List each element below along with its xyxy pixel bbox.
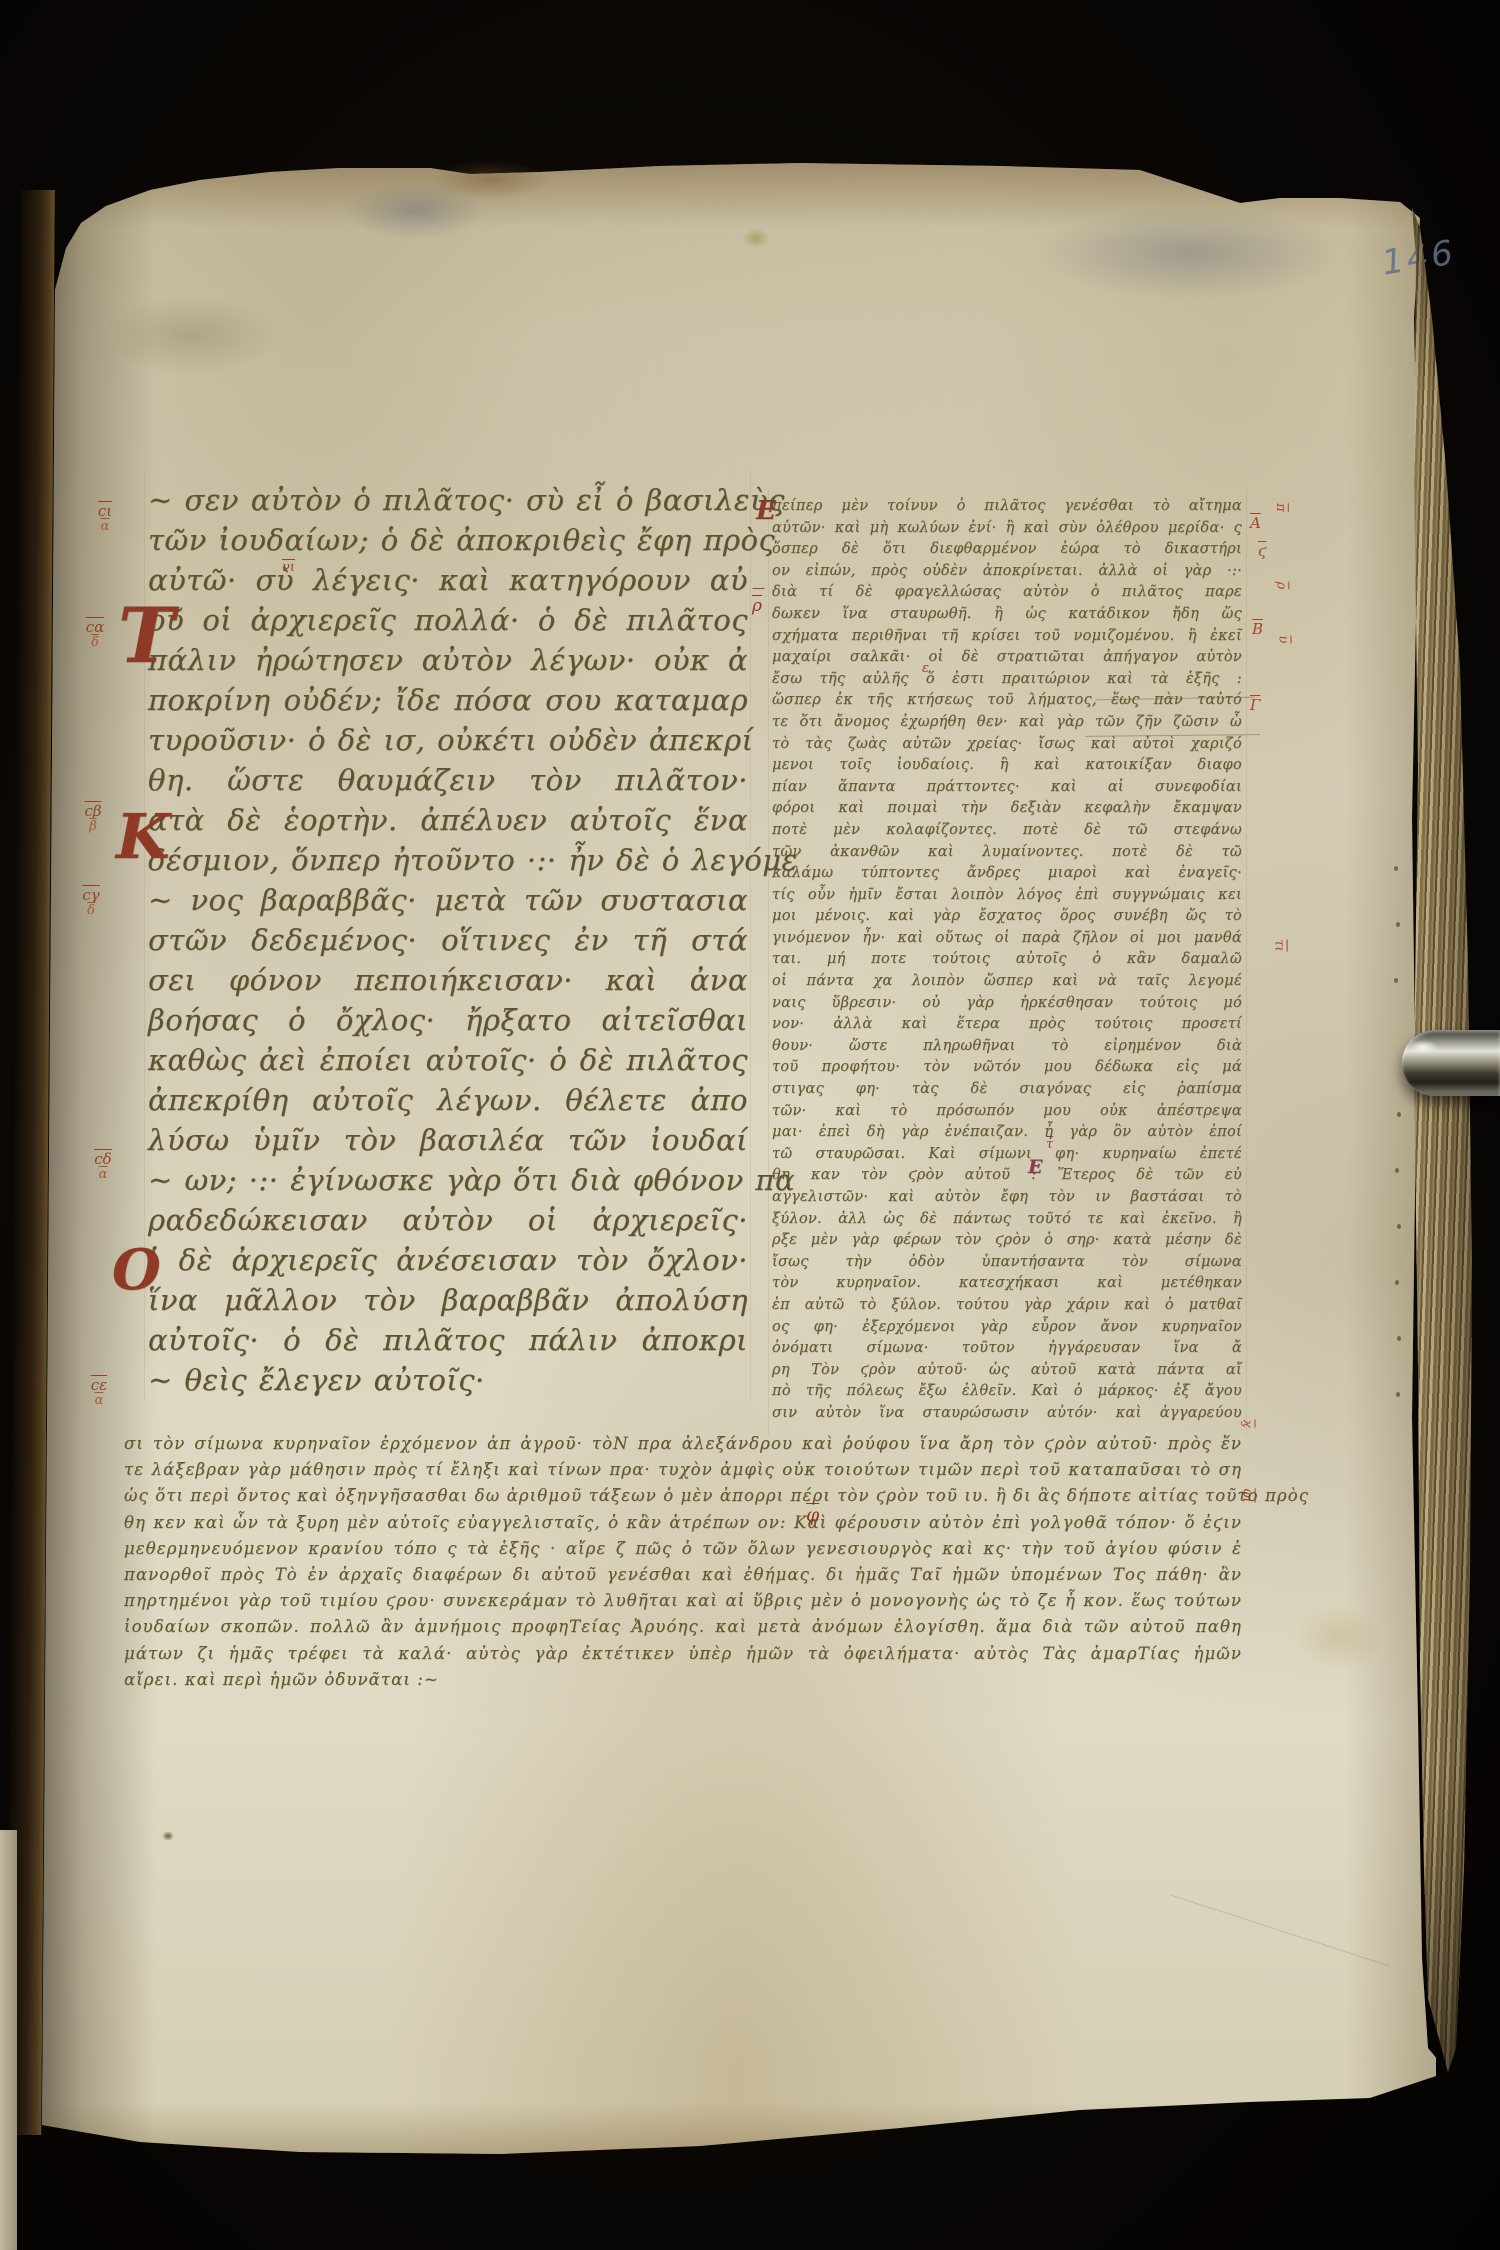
- text-line: δωκεν ἵνα σταυρωθῆ. ἢ ὡς κατάδικον ἤδη ὥ…: [772, 604, 1242, 626]
- text-line: ~ σεν αὐτὸν ὁ πιλᾶτος· σὺ εἶ ὁ βασιλεὺς: [148, 480, 748, 520]
- text-line: ται. μή ποτε τούτοις αὐτοῖς ὁ κἂν δαμαλῶ: [772, 949, 1242, 971]
- text-line: θη. ὥστε θαυμάζειν τὸν πιλᾶτον·: [148, 760, 748, 800]
- ruling-line: [768, 490, 769, 1435]
- text-line: τῶν ἀκανθῶν καὶ λυμαίνοντες. ποτὲ δὲ τῶ: [772, 842, 1242, 864]
- text-line: ἴσως τὴν ὁδὸν ὑπαντήσαντα τὸν σίμωνα: [772, 1252, 1242, 1274]
- text-line: αγγελιστῶν· καὶ αὐτὸν ἔφη τὸν ιν βαστάσα…: [772, 1187, 1242, 1209]
- text-line: ὥσπερ ἐκ τῆς κτήσεως τοῦ λήματος, ἕως πὰ…: [772, 690, 1242, 712]
- section-mark: ϲια: [88, 504, 122, 534]
- rubric-initial-epsilon: Ε: [756, 498, 776, 524]
- text-line: ὀνόματι σίμωνα· τοῦτον ἠγγάρευσαν ἵνα ἄ: [772, 1338, 1242, 1360]
- canon-number: α: [88, 519, 122, 534]
- ruling-line: [1246, 490, 1247, 1435]
- pricking-dot: [1397, 1336, 1401, 1341]
- text-line: ραδεδώκεισαν αὐτὸν οἱ ἀρχιερεῖς·: [148, 1200, 748, 1240]
- margin-mark: τι: [1272, 939, 1287, 951]
- ruling-line: [750, 470, 751, 1400]
- scholion-letter: Β: [1252, 620, 1263, 638]
- pricking-dot: [1396, 922, 1400, 927]
- text-line: ἀπεκρίθη αὐτοῖς λέγων. θέλετε ἀπο: [148, 1080, 748, 1120]
- text-line: ναις ὕβρεσιν· οὐ γὰρ ἠρκέσθησαν τούτοις …: [772, 993, 1242, 1015]
- section-mark: ϲγδ: [74, 888, 108, 918]
- text-line: λύσω ὑμῖν τὸν βασιλέα τῶν ἰουδαί: [148, 1120, 748, 1160]
- text-line: ξύλον. ἀλλ ὡς δὲ πάντως τοῦτό τε καὶ ἐκε…: [772, 1209, 1242, 1231]
- section-number: ϲδ: [86, 1152, 120, 1167]
- text-line: τῶν· καὶ τὸ πρόσωπόν μου οὐκ ἀπέστρεψα: [772, 1101, 1242, 1123]
- margin-mark: ρ: [1273, 582, 1288, 590]
- section-number: ϲε: [82, 1378, 116, 1393]
- pricking-dot: [1397, 1112, 1401, 1117]
- text-line: οἱ πάντα χα λοιπὸν ὥσπερ καὶ νὰ ταῖς λεγ…: [772, 971, 1242, 993]
- text-line: τοῦ προφήτου· τὸν νῶτόν μου δέδωκα εἰς μ…: [772, 1057, 1242, 1079]
- section-number: ϲγ: [74, 888, 108, 903]
- photograph-of-codex: 146 ~ σεν αὐτὸν ὁ πιλᾶτος· σὺ εἶ ὁ βασιλ…: [0, 0, 1500, 2250]
- text-line: μενοι τοῖς ἰουδαίοις. ἢ καὶ κατοικίξαν δ…: [772, 755, 1242, 777]
- text-line: θουν· ὥστε πληρωθῆναι τὸ εἰρημένον διὰ: [772, 1036, 1242, 1058]
- text-line: ~ νος βαραββᾶς· μετὰ τῶν συστασια: [148, 880, 748, 920]
- section-mark: ϲδα: [86, 1152, 120, 1182]
- text-line: ἱ δὲ ἀρχιερεῖς ἀνέσεισαν τὸν ὄχλον·: [148, 1240, 748, 1280]
- text-line: ἰουδαίων σκοπῶν. πολλῶ ἂν ἀμνήμοις προφη…: [124, 1614, 1242, 1640]
- margin-mark: π: [1273, 503, 1288, 512]
- text-line: στῶν δεδεμένος· οἵτινες ἐν τῆ στά: [148, 920, 748, 960]
- scholion-letter: Α: [1250, 514, 1261, 532]
- top-edge-shadow: [36, 158, 1436, 228]
- pricking-dot: [1397, 1224, 1401, 1229]
- scholion-letter: Γ: [1250, 696, 1260, 714]
- canon-number: α: [86, 1167, 120, 1182]
- canon-number: β: [76, 819, 110, 834]
- text-line: ~ θεὶς ἔλεγεν αὐτοῖς·: [148, 1360, 748, 1400]
- text-line: ον εἰπών, πρὸς οὐδὲν ἀποκρίνεται. ἀλλὰ ο…: [772, 561, 1242, 583]
- pricking-dot: [1394, 866, 1398, 871]
- text-line: τε ὅτι ἄνομος ἐχωρήθη θεν· καὶ γὰρ τῶν ζ…: [772, 712, 1242, 734]
- text-line: ὅσπερ δὲ ὅτι διεφθαρμένον ἑώρα τὸ δικαστ…: [772, 539, 1242, 561]
- clip-highlight: [1408, 1040, 1438, 1054]
- rubric-tau-reference: τ: [1046, 1138, 1053, 1151]
- commentary-column: πείπερ μὲν τοίνυν ὁ πιλᾶτος γενέσθαι τὸ …: [772, 496, 1242, 1425]
- text-line: σχήματα περιθῆναι τῆ κρίσει τοῦ νομιζομέ…: [772, 626, 1242, 648]
- text-line: πανορθοῖ πρὸς Τὸ ἐν ἀρχαῖς διαφέρων δι α…: [124, 1562, 1242, 1588]
- text-line: δέσμιον, ὅνπερ ἠτοῦντο ·:· ἦν δὲ ὁ λεγόμ…: [148, 840, 748, 880]
- pricking-dot: [1394, 978, 1398, 983]
- text-line: αὐτῶ· σὺ λέγεις· καὶ κατηγόρουν αὐ: [148, 560, 748, 600]
- text-line: τῶν ἰουδαίων; ὁ δὲ ἀποκριθεὶς ἔφη πρὸς: [148, 520, 748, 560]
- text-line: μαι· ἐπεὶ δὴ γὰρ ἐνέπαιζαν. ἦ γὰρ ὂν αὐτ…: [772, 1122, 1242, 1144]
- text-line: θη καν τὸν ϛρὸν αὐτοῦ : Ἕτερος δὲ τῶν εὐ: [772, 1165, 1242, 1187]
- text-line: φόροι καὶ ποιμαὶ τὴν δεξιὰν κεφαλὴν ἔκαμ…: [772, 798, 1242, 820]
- rubric-paragraph-dash: —: [752, 582, 765, 595]
- text-line: ρη Τὸν ϛρὸν αὐτοῦ· ὡς αὐτοῦ κατὰ πάντα α…: [772, 1360, 1242, 1382]
- text-line: τῶ σταυρῶσαι. Καὶ σίμωνι φη· κυρηναίω ἐπ…: [772, 1144, 1242, 1166]
- text-line: ποτὲ μὲν κολαφίζοντες. ποτὲ δὲ τῶ στεφάν…: [772, 820, 1242, 842]
- text-line: βοήσας ὁ ὄχλος· ἤρξατο αἰτεῖσθαι: [148, 1000, 748, 1040]
- rubric-cross-sign: φ: [806, 1506, 819, 1525]
- margin-mark: ϗ: [1240, 1419, 1255, 1427]
- text-line: νον· ἀλλὰ καὶ ἕτερα πρὸς τούτοις προσετί: [772, 1014, 1242, 1036]
- text-line: πάλιν ἠρώτησεν αὐτὸν λέγων· οὐκ ἀ: [148, 640, 748, 680]
- rubric-paragraph-rho: ρ: [752, 598, 762, 615]
- text-line: οῦ οἱ ἀρχιερεῖς πολλά· ὁ δὲ πιλᾶτος: [148, 600, 748, 640]
- rubric-heteros-initial: Ε: [1028, 1158, 1042, 1177]
- canon-number: δ: [78, 635, 112, 650]
- text-line: πὸ τῆς πόλεως ἔξω ἐλθεῖν. Καὶ ὁ μάρκος· …: [772, 1381, 1242, 1403]
- page-holder-clip: [1402, 1030, 1500, 1096]
- text-line: αὐτῶν· καὶ μὴ κωλύων ἐνί· ἢ καὶ σὺν ὀλέθ…: [772, 518, 1242, 540]
- pricking-dot: [1395, 1280, 1399, 1285]
- text-line: πείπερ μὲν τοίνυν ὁ πιλᾶτος γενέσθαι τὸ …: [772, 496, 1242, 518]
- rubric-initial-omicron: Ο: [112, 1242, 161, 1298]
- text-line: μαχαίρι σαλκᾶι· οἱ δὲ στρατιῶται ἀπήγαγο…: [772, 647, 1242, 669]
- canon-number: α: [82, 1393, 116, 1408]
- canon-number: δ: [74, 903, 108, 918]
- text-line: καλάμω τύπτοντες ἄνδρες μιαροὶ καὶ ἐναγε…: [772, 863, 1242, 885]
- pricking-dot: [1396, 1392, 1400, 1397]
- text-line: τὸν κυρηναῖον. κατεσχήκασι καὶ μετέθηκαν: [772, 1273, 1242, 1295]
- text-line: ~ ων; ·:· ἐγίνωσκε γὰρ ὅτι διὰ φθόνον πα: [148, 1160, 748, 1200]
- text-line: τε λάξεβραν γὰρ μάθησιν πρὸς τί ἔληξι κα…: [124, 1457, 1242, 1483]
- text-line: πίαν ἅπαντα πράττοντες· καὶ αἱ συνεφοδία…: [772, 777, 1242, 799]
- text-line: ἔσω τῆς αὐλῆς ὅ ἐστι πραιτώριον καὶ τὰ ἑ…: [772, 669, 1242, 691]
- text-line: ἐπ αὐτῶ τὸ ξύλον. τούτου γὰρ χάριν καὶ ὁ…: [772, 1295, 1242, 1317]
- text-line: σι τὸν σίμωνα κυρηναῖον ἐρχόμενον ἀπ ἀγρ…: [124, 1431, 1242, 1457]
- section-mark: ϲββ: [76, 804, 110, 834]
- scholion-letter: ϛ: [1258, 542, 1266, 560]
- gospel-text-column: ~ σεν αὐτὸν ὁ πιλᾶτος· σὺ εἶ ὁ βασιλεὺςτ…: [148, 480, 748, 1400]
- text-line: τὸ τὰς ζωὰς αὐτῶν χρείας· ἴσως καὶ αὐτοὶ…: [772, 734, 1242, 756]
- rubric-initial-tau: Τ: [118, 598, 175, 674]
- section-mark: ϲαδ: [78, 620, 112, 650]
- section-number: ϲα: [78, 620, 112, 635]
- section-mark: ϲεα: [82, 1378, 116, 1408]
- text-line: στιγας φη· τὰς δὲ σιαγόνας εἰς ῥαπίσμα: [772, 1079, 1242, 1101]
- text-line: ρξε μὲν γὰρ φέρων τὸν ϛρὸν ὁ σηρ· κατὰ μ…: [772, 1230, 1242, 1252]
- text-line: αὐτοῖς· ὁ δὲ πιλᾶτος πάλιν ἀποκρι: [148, 1320, 748, 1360]
- text-line: τυροῦσιν· ὁ δὲ ισ, οὐκέτι οὐδὲν ἀπεκρί: [148, 720, 748, 760]
- text-line: ἵνα μᾶλλον τὸν βαραββᾶν ἀπολύση: [148, 1280, 748, 1320]
- text-line: θη κεν καὶ ὦν τὰ ξυρη μὲν αὐτοῖς εὐαγγελ…: [124, 1510, 1242, 1536]
- text-line: γινόμενον ἦν· καὶ οὕτως οἱ παρὰ ζῆλον οἱ…: [772, 928, 1242, 950]
- text-line: πηρτημένοι γὰρ τοῦ τιμίου ϛρου· συνεκερά…: [124, 1588, 1242, 1614]
- section-number: ϲι: [88, 504, 122, 519]
- text-line: μεθερμηνευόμενον κρανίου τόπο ς τὰ ἑξῆς …: [124, 1536, 1242, 1562]
- text-line: ος φη· ἐξερχόμενοι γὰρ εὗρον ἄνον κυρηνα…: [772, 1317, 1242, 1339]
- section-number: ϲβ: [76, 804, 110, 819]
- text-line: σει φόνον πεποιήκεισαν· καὶ ἀνα: [148, 960, 748, 1000]
- bottom-edge-shadow: [36, 2102, 1436, 2162]
- text-line: ατὰ δὲ ἑορτὴν. ἀπέλυεν αὐτοῖς ἕνα: [148, 800, 748, 840]
- text-line: σιν αὐτὸν ἵνα σταυρώσωσιν αὐτόν· καὶ ἀγγ…: [772, 1403, 1242, 1425]
- interlinear-gloss: νι: [282, 560, 295, 575]
- text-line: αἴρει. καὶ περὶ ἡμῶν ὀδυνᾶται :~: [124, 1667, 1242, 1693]
- text-line: καθὼς ἀεὶ ἐποίει αὐτοῖς· ὁ δὲ πιλᾶτος: [148, 1040, 748, 1080]
- rubric-initial-kappa: Κ: [116, 806, 170, 868]
- facing-page-edge: [0, 1830, 17, 2250]
- text-line: ὡς ὅτι περὶ ὄντος καὶ ὀξηνγῆσασθαι δω ἀρ…: [124, 1483, 1242, 1509]
- text-line: τίς οὖν ἡμῖν ἔσται λοιπὸν λόγος ἐπὶ συγγ…: [772, 885, 1242, 907]
- text-line: μοι μένοις. καὶ γὰρ ἔσχατος ὅρος συνέβη …: [772, 906, 1242, 928]
- rubric-small-epsilon: ε: [922, 662, 929, 675]
- text-line: μάτων ζι ἡμᾶς τρέφει τὰ καλά· αὐτὸς γὰρ …: [124, 1641, 1242, 1667]
- margin-mark: υ: [1275, 636, 1290, 644]
- pricking-dot: [1395, 1168, 1399, 1173]
- text-line: ποκρίνη οὐδέν; ἴδε πόσα σου καταμαρ: [148, 680, 748, 720]
- text-line: διὰ τί δὲ φραγελλώσας αὐτὸν ὁ πιλᾶτος πα…: [772, 582, 1242, 604]
- bottom-commentary-block: σι τὸν σίμωνα κυρηναῖον ἐρχόμενον ἀπ ἀγρ…: [124, 1431, 1242, 1693]
